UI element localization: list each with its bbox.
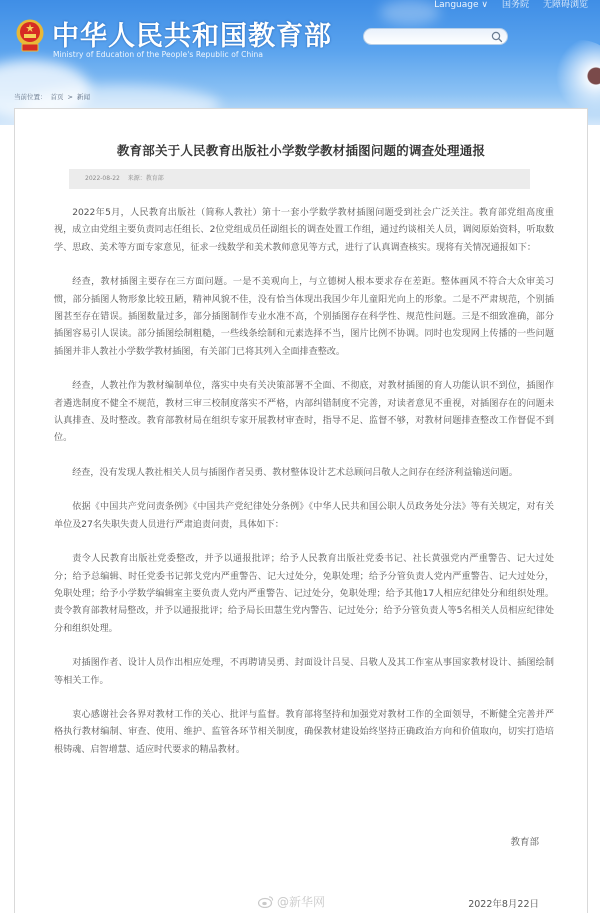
- signature-date: 2022年8月22日: [468, 896, 539, 910]
- accessibility-link[interactable]: 无障碍浏览: [543, 0, 588, 11]
- breadcrumb-separator: >: [68, 93, 73, 101]
- paragraph: 经查，没有发现人教社相关人员与插图作者吴勇、教材整体设计艺术总顾问吕敬人之间存在…: [54, 465, 554, 482]
- breadcrumb-home[interactable]: 首页: [51, 92, 64, 101]
- state-council-link[interactable]: 国务院: [502, 0, 529, 11]
- national-emblem-icon: [15, 18, 45, 54]
- paragraph: 衷心感谢社会各界对教材工作的关心、批评与监督。教育部将坚持和加强党对教材工作的全…: [54, 707, 554, 759]
- paragraph: 2022年5月，人民教育出版社（简称人教社）第十一套小学数学教材插图问题受到社会…: [54, 205, 554, 257]
- breadcrumb: 当前位置： 首页 > 新闻: [14, 92, 90, 101]
- article-panel: 教育部关于人民教育出版社小学数学教材插图问题的调查处理通报 2022-08-22…: [14, 108, 588, 913]
- site-subtitle: Ministry of Education of the People's Re…: [53, 50, 263, 59]
- article-title: 教育部关于人民教育出版社小学数学教材插图问题的调查处理通报: [15, 141, 587, 159]
- watermark-text: @新华网: [277, 893, 325, 910]
- language-link[interactable]: Language ∨: [434, 0, 488, 11]
- weibo-watermark: @新华网: [258, 893, 325, 910]
- site-header: Language ∨ 国务院 无障碍浏览 中华人民共和国教育部 Ministry…: [0, 0, 600, 125]
- top-links: Language ∨ 国务院 无障碍浏览: [434, 0, 588, 11]
- search-icon[interactable]: [491, 31, 503, 43]
- site-title[interactable]: 中华人民共和国教育部: [52, 14, 332, 53]
- signature-org: 教育部: [510, 834, 539, 848]
- article-body: 2022年5月，人民教育出版社（简称人教社）第十一套小学数学教材插图问题受到社会…: [54, 205, 554, 776]
- search-input[interactable]: [363, 28, 508, 45]
- article-meta: 2022-08-22 来源：教育部: [69, 169, 530, 189]
- breadcrumb-news[interactable]: 新闻: [77, 92, 90, 101]
- paragraph: 依据《中国共产党问责条例》《中国共产党纪律处分条例》《中华人民共和国公职人员政务…: [54, 499, 554, 534]
- article-source: 来源：教育部: [128, 175, 164, 182]
- weibo-icon: [258, 895, 274, 908]
- paragraph: 责令人民教育出版社党委整改，并予以通报批评；给予人民教育出版社党委书记、社长黄强…: [54, 551, 554, 638]
- breadcrumb-label: 当前位置：: [14, 92, 47, 101]
- paragraph: 对插图作者、设计人员作出相应处理，不再聘请吴勇、封面设计吕旻、吕敬人及其工作室从…: [54, 655, 554, 690]
- paragraph: 经查，教材插图主要存在三方面问题。一是不美观向上，与立德树人根本要求存在差距。整…: [54, 274, 554, 361]
- cloud-decoration: [380, 0, 440, 25]
- article-date: 2022-08-22: [85, 175, 120, 182]
- paragraph: 经查，人教社作为教材编制单位，落实中央有关决策部署不全面、不彻底，对教材插图的育…: [54, 378, 554, 448]
